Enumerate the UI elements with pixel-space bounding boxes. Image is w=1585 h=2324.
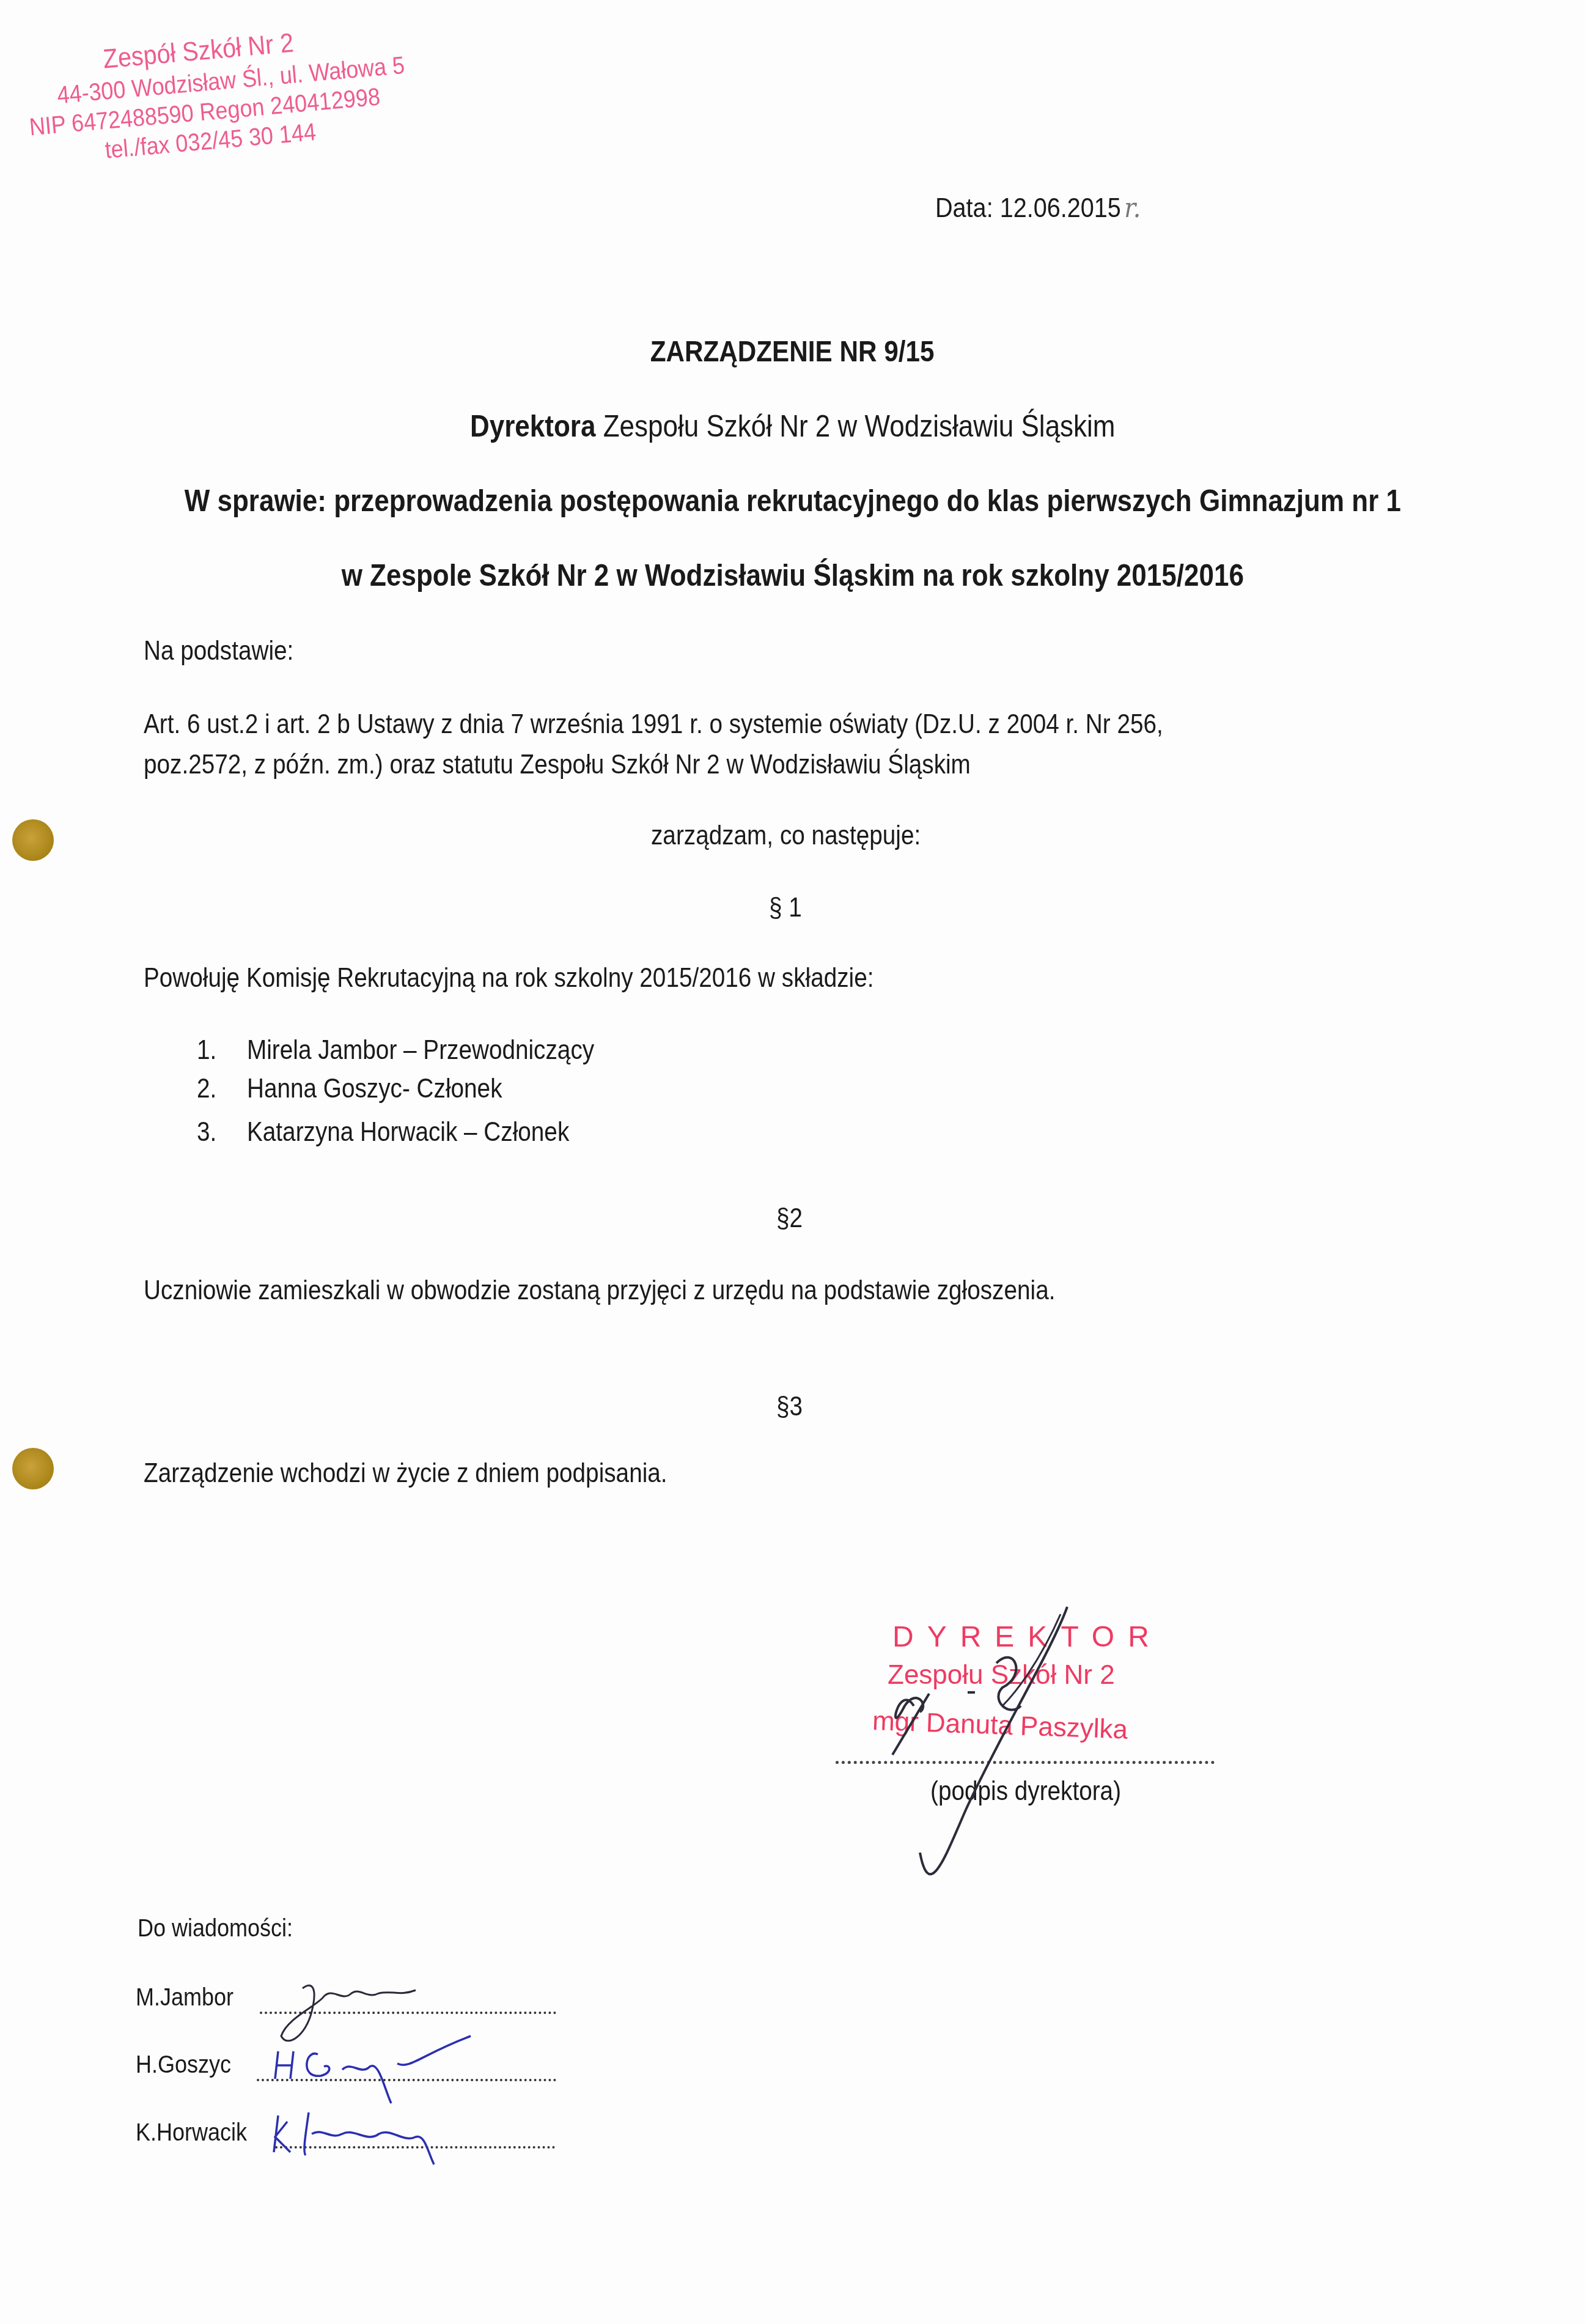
basis-heading: Na podstawie: bbox=[144, 636, 293, 666]
section-1-text: Powołuję Komisję Rekrutacyjną na rok szk… bbox=[144, 963, 873, 994]
section-3-text: Zarządzenie wchodzi w życie z dniem podp… bbox=[144, 1458, 667, 1489]
acknowledgement-line bbox=[260, 2012, 556, 2014]
section-2-mark: §2 bbox=[776, 1203, 803, 1234]
document-date: Data: 12.06.2015r. bbox=[935, 193, 1141, 224]
stamp-title: DYREKTOR bbox=[892, 1620, 1163, 1654]
signature-line bbox=[836, 1761, 1215, 1764]
stamp-director-name: mgr Danuta Paszylka bbox=[872, 1706, 1128, 1746]
recipient-name: M.Jambor bbox=[136, 1984, 234, 2012]
signature-horwacik bbox=[274, 2112, 434, 2164]
recipient-name: H.Goszyc bbox=[136, 2051, 231, 2079]
stamp-school: Zespołu Szkół Nr 2 bbox=[888, 1660, 1115, 1691]
decree-intro: zarządzam, co następuje: bbox=[651, 821, 921, 851]
hole-punch-mark bbox=[12, 819, 54, 861]
notice-heading: Do wiadomości: bbox=[138, 1915, 293, 1942]
member-number: 3. bbox=[197, 1117, 216, 1148]
member-name: Mirela Jambor – Przewodniczący bbox=[247, 1035, 594, 1066]
issuer-line: Dyrektora Zespołu Szkół Nr 2 w Wodzisław… bbox=[0, 408, 1585, 444]
matter-line-2: w Zespole Szkół Nr 2 w Wodzisławiu Śląsk… bbox=[0, 558, 1585, 593]
acknowledgement-line bbox=[275, 2146, 555, 2149]
recipient-name: K.Horwacik bbox=[136, 2119, 247, 2147]
signature-caption: (podpis dyrektora) bbox=[930, 1776, 1121, 1807]
document-title: ZARZĄDZENIE NR 9/15 bbox=[0, 335, 1585, 369]
basis-line-2: poz.2572, z późn. zm.) oraz statutu Zesp… bbox=[144, 750, 971, 780]
acknowledgement-line bbox=[257, 2079, 556, 2081]
section-1-mark: § 1 bbox=[769, 893, 802, 923]
section-3-mark: §3 bbox=[776, 1392, 803, 1422]
member-number: 2. bbox=[197, 1074, 216, 1104]
issuer-bold: Dyrektora bbox=[470, 409, 595, 443]
basis-line-1: Art. 6 ust.2 i art. 2 b Ustawy z dnia 7 … bbox=[144, 709, 1163, 740]
date-label: Data: 12.06.2015 bbox=[935, 193, 1121, 223]
member-name: Hanna Goszyc- Członek bbox=[247, 1074, 502, 1104]
issuer-rest: Zespołu Szkół Nr 2 w Wodzisławiu Śląskim bbox=[595, 409, 1115, 443]
signature-goszyc bbox=[275, 2036, 471, 2103]
handwritten-date-suffix: r. bbox=[1124, 193, 1141, 224]
matter-line-1: W sprawie: przeprowadzenia postępowania … bbox=[0, 483, 1585, 518]
school-address-stamp: Zespół Szkół Nr 2 44-300 Wodzisław Śl., … bbox=[15, 2, 418, 189]
member-name: Katarzyna Horwacik – Członek bbox=[247, 1117, 569, 1148]
hole-punch-mark bbox=[12, 1448, 54, 1489]
section-2-text: Uczniowie zamieszkali w obwodzie zostaną… bbox=[144, 1275, 1055, 1306]
member-number: 1. bbox=[197, 1035, 216, 1066]
